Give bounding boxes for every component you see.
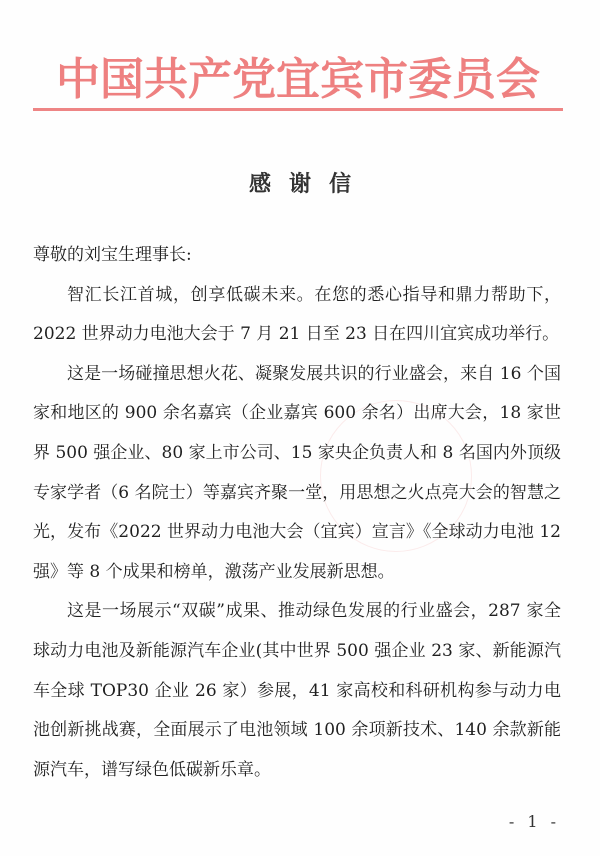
paragraph-3: 这是一场展示“双碳”成果、推动绿色发展的行业盛会，287 家全球动力电池及新能源… [33,592,561,790]
document-title: 感谢信 [0,170,600,200]
letter-page: 中国共产党宜宾市委员会 感谢信 尊敬的刘宝生理事长: 智汇长江首城，创享低碳未来… [0,0,600,856]
paragraph-1: 智汇长江首城，创享低碳未来。在您的悉心指导和鼎力帮助下，2022 世界动力电池大… [33,276,561,355]
letterhead-organization: 中国共产党宜宾市委员会 [56,52,536,108]
letterhead-red-rule [33,108,563,111]
paragraph-2: 这是一场碰撞思想火花、凝聚发展共识的行业盛会，来自 16 个国家和地区的 900… [33,355,561,593]
letter-body: 尊敬的刘宝生理事长: 智汇长江首城，创享低碳未来。在您的悉心指导和鼎力帮助下，2… [33,236,561,790]
salutation: 尊敬的刘宝生理事长: [33,236,561,276]
page-number: - 1 - [509,812,560,831]
